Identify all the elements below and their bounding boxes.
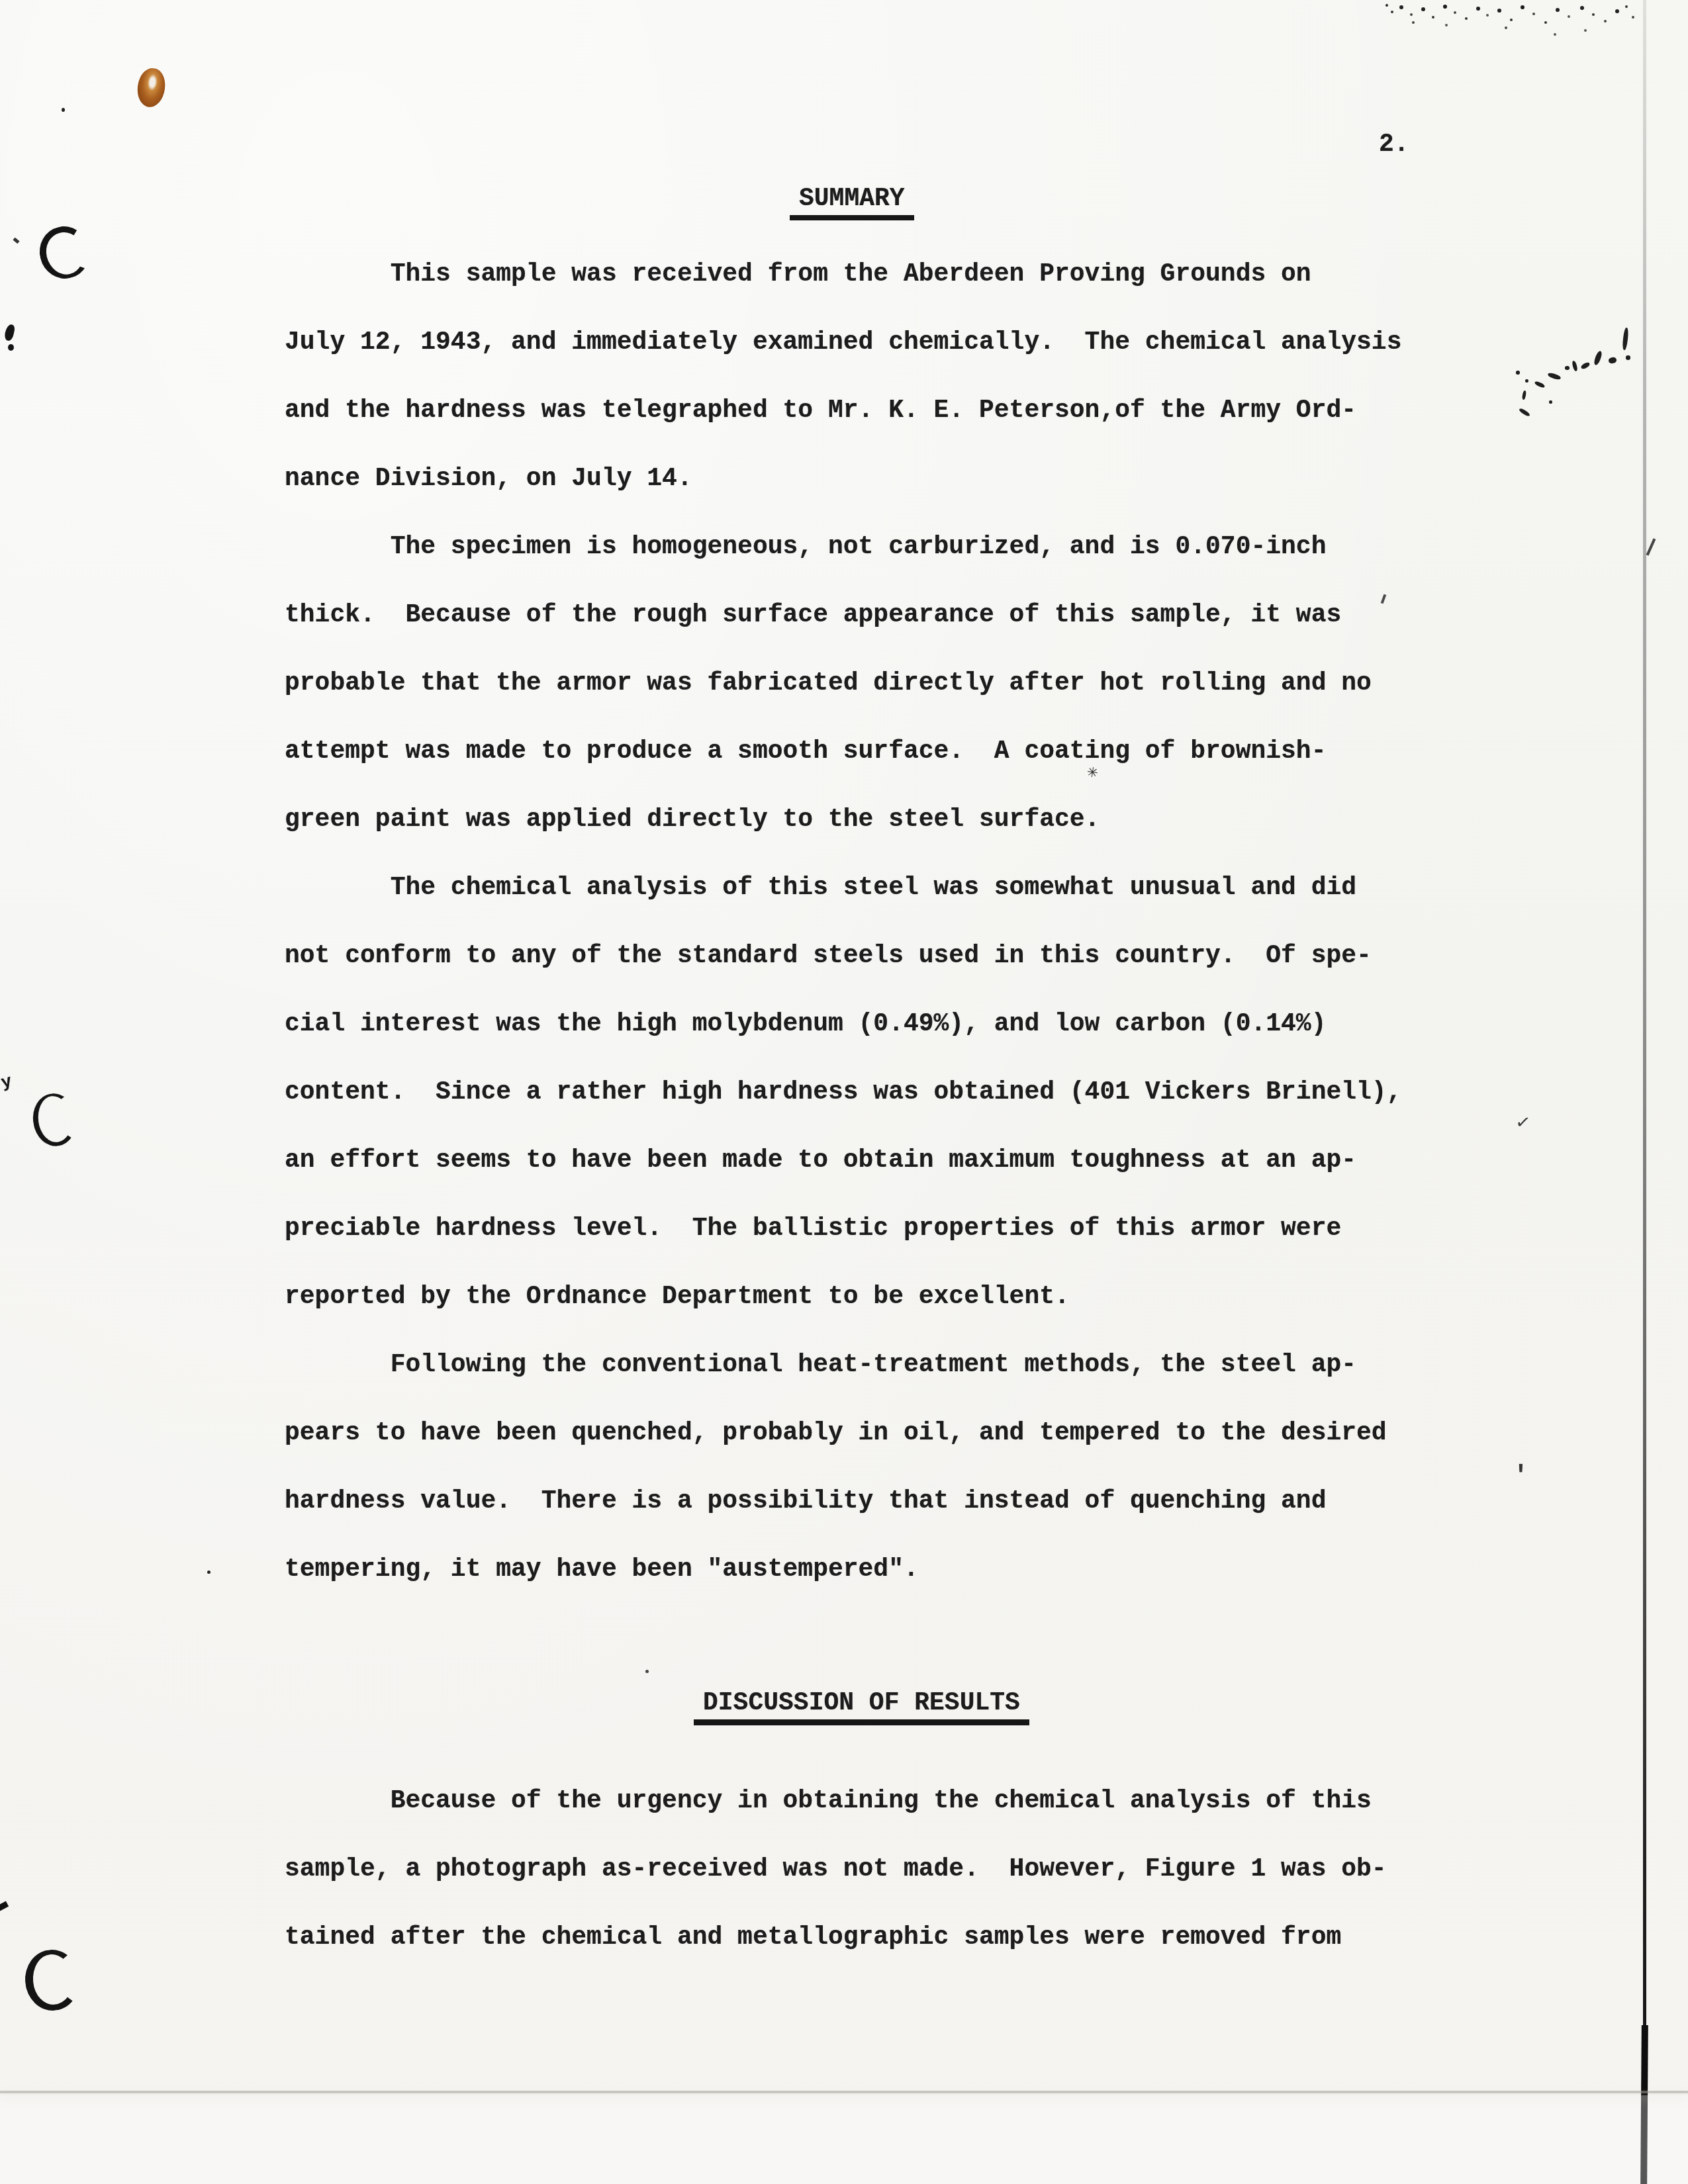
scribble-mark [1580,361,1591,370]
scan-edge-line [1643,0,1646,2184]
text-line: preciable hardness level. The ballistic … [285,1195,1450,1263]
scribble-mark [1622,328,1629,351]
page-number: 2. [1379,132,1409,158]
scribble-mark [1516,371,1520,375]
text-line: July 12, 1943, and immediately examined … [285,308,1450,377]
ink-blob [4,324,16,341]
scribble-mark [1593,350,1603,365]
scribble-mark [1571,360,1578,371]
text-line: an effort seems to have been made to obt… [285,1126,1450,1195]
stray-character-mark: y [0,1072,14,1091]
scribble-mark [1547,372,1561,381]
text-line: The specimen is homogeneous, not carburi… [285,513,1450,581]
pen-tick [1646,538,1656,555]
scribble-mark [1522,390,1526,400]
ink-crescent-mark [23,1948,82,2013]
discussion-heading: DISCUSSION OF RESULTS [694,1691,1029,1725]
text-line: hardness value. There is a possibility t… [285,1467,1450,1535]
text-line: thick. Because of the rough surface appe… [285,581,1450,649]
text-line: nance Division, on July 14. [285,445,1450,513]
text-line: tempering, it may have been "austempered… [285,1535,1450,1604]
summary-body: This sample was received from the Aberde… [285,240,1450,1604]
scribble-mark [1608,357,1617,364]
ink-crescent-mark [30,1091,80,1149]
scribble-mark [1534,381,1545,388]
text-line: and the hardness was telegraphed to Mr. … [285,377,1450,445]
scribble-mark [1626,355,1630,360]
scanner-noise-speckles [1385,4,1388,7]
check-mark: ✓ [1515,1113,1530,1134]
text-line: content. Since a rather high hardness wa… [285,1058,1450,1126]
text-line: probable that the armor was fabricated d… [285,649,1450,717]
ink-speck [645,1670,649,1673]
scan-light-band [0,2095,1688,2184]
text-line: attempt was made to produce a smooth sur… [285,717,1450,786]
ink-scribble-cluster [1509,321,1645,430]
ink-speck [62,108,65,112]
scan-crease-line [0,2091,1688,2093]
text-line: This sample was received from the Aberde… [285,240,1450,308]
scribble-mark [1565,366,1570,370]
text-line: The chemical analysis of this steel was … [285,854,1450,922]
text-line: pears to have been quenched, probably in… [285,1399,1450,1467]
apostrophe-mark: ' [1513,1464,1528,1489]
ink-crescent-mark [34,221,95,284]
scribble-mark [1525,379,1528,383]
scribble-mark [1549,400,1552,404]
text-line: cial interest was the high molybdenum (0… [285,990,1450,1058]
ink-speck [0,1901,9,1912]
ink-speck [207,1570,211,1574]
rust-stain [136,67,167,109]
text-line: reported by the Ordnance Department to b… [285,1263,1450,1331]
text-line: sample, a photograph as-received was not… [285,1835,1450,1903]
text-line: Because of the urgency in obtaining the … [285,1767,1450,1835]
ink-blob [8,344,14,351]
text-line: Following the conventional heat-treatmen… [285,1331,1450,1399]
text-line: tained after the chemical and metallogra… [285,1903,1450,1972]
scribble-mark [1519,408,1530,418]
text-line: not conform to any of the standard steel… [285,922,1450,990]
discussion-body: Because of the urgency in obtaining the … [285,1767,1450,1972]
text-line: green paint was applied directly to the … [285,786,1450,854]
pen-tick [13,238,19,244]
summary-heading: SUMMARY [790,187,914,220]
scanned-page: 2. SUMMARY This sample was received from… [0,0,1688,2184]
